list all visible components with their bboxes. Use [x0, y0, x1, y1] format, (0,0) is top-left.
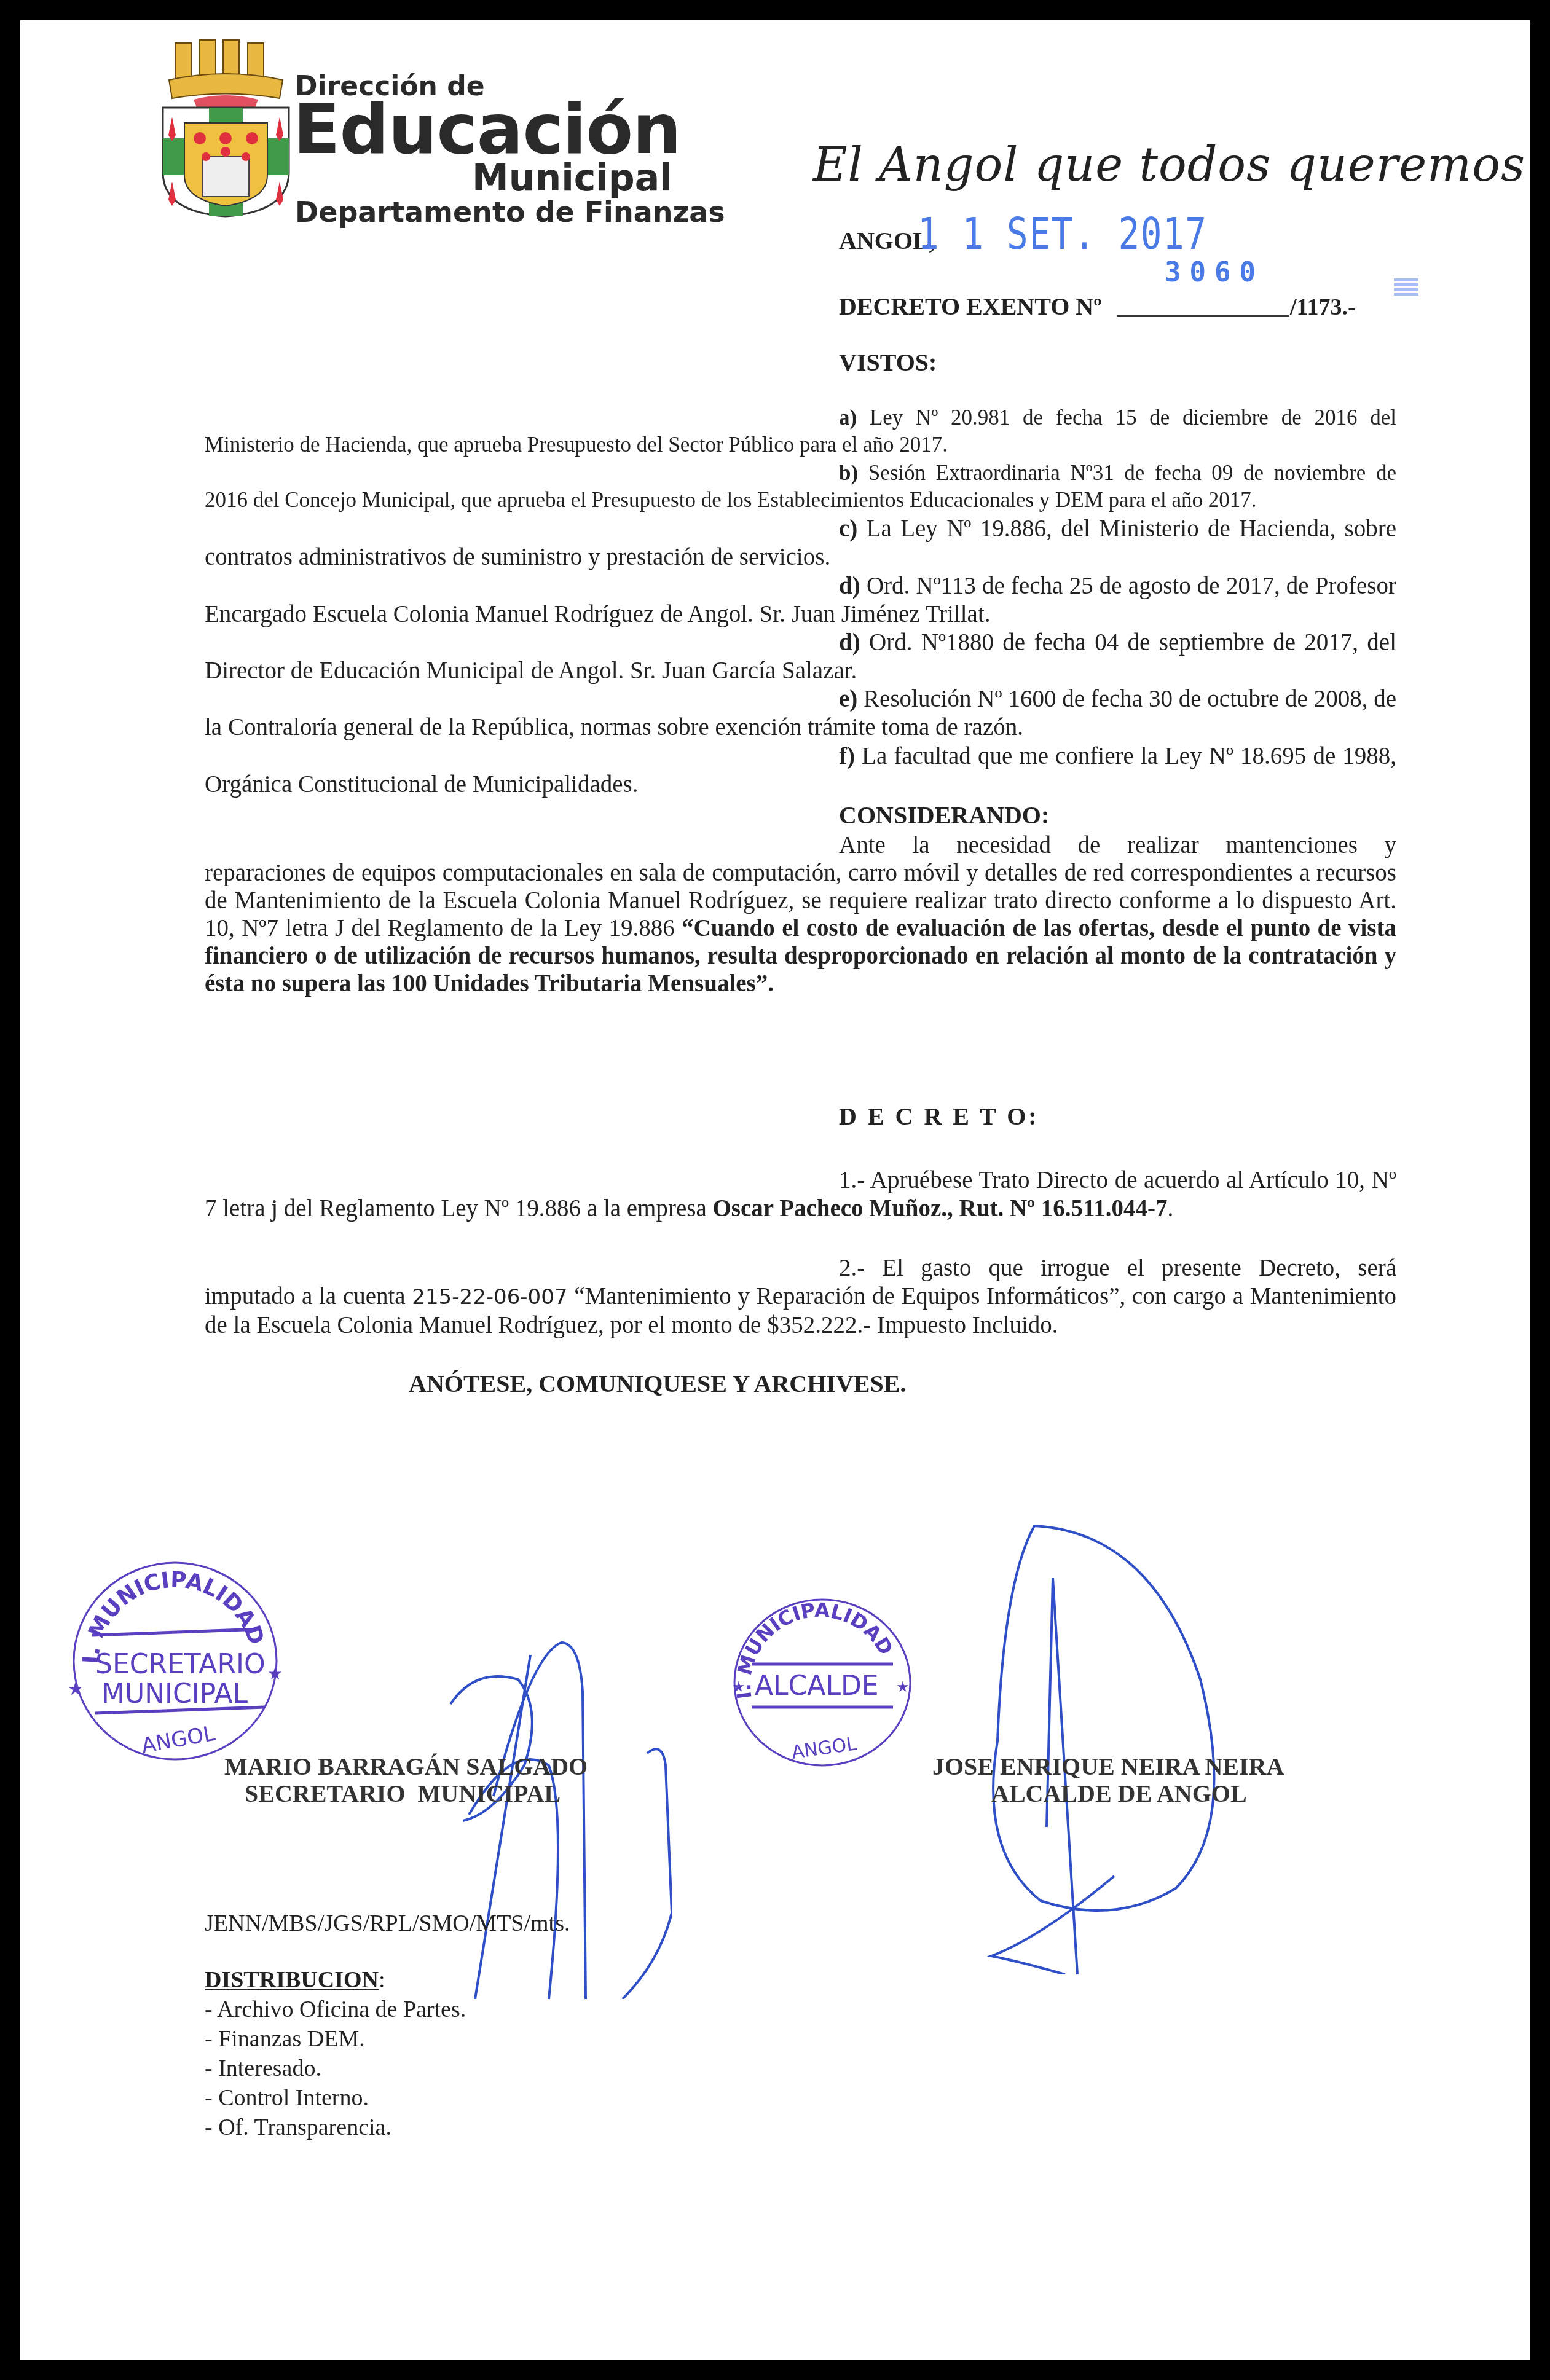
visto-letter: f)	[839, 743, 855, 769]
distribution-heading: DISTRIBUCION:	[205, 1965, 466, 1995]
visto-text: Ord. Nº1880 de fecha 04 de septiembre de…	[205, 629, 1396, 684]
visto-item-b: b) Sesión Extraordinaria Nº31 de fecha 0…	[205, 460, 1396, 514]
visto-letter: c)	[839, 516, 857, 542]
seal-secretario-municipal: I. MUNICIPALIDAD SECRETARIO MUNICIPAL ★ …	[65, 1557, 286, 1765]
visto-text: Resolución Nº 1600 de fecha 30 de octubr…	[205, 686, 1396, 740]
visto-text: Sesión Extraordinaria Nº31 de fecha 09 d…	[205, 461, 1396, 512]
distribution-heading-colon: :	[379, 1967, 385, 1993]
visto-item-c: c) La Ley Nº 19.886, del Ministerio de H…	[205, 515, 1396, 571]
signature-alcalde	[807, 1507, 1237, 1974]
signatory-1-name: MARIO BARRAGÁN SALGADO	[224, 1752, 588, 1781]
org-line-4: Departamento de Finanzas	[295, 195, 725, 229]
coat-of-arms-icon	[157, 31, 295, 218]
vistos-heading: VISTOS:	[839, 348, 937, 377]
visto-text: La facultad que me confiere la Ley Nº 18…	[205, 743, 1396, 798]
visto-item-f: f) La facultad que me confiere la Ley Nº…	[205, 742, 1396, 799]
decreto-item-1: 1.- Apruébese Trato Directo de acuerdo a…	[205, 1166, 1396, 1223]
date-stamp: 1 1 SET. 2017	[918, 208, 1208, 259]
visto-letter: d)	[839, 573, 860, 599]
visto-letter: d)	[839, 629, 860, 656]
decreto-item-1-end: .	[1168, 1195, 1174, 1222]
visto-text: Ord. Nº113 de fecha 25 de agosto de 2017…	[205, 573, 1396, 627]
star-icon: ★	[68, 1680, 83, 1699]
initials-reference: JENN/MBS/JGS/RPL/SMO/MTS/mts.	[205, 1910, 570, 1937]
decreto-item-2: 2.- El gasto que irrogue el presente Dec…	[205, 1254, 1396, 1340]
decree-suffix: /1173.-	[1290, 294, 1356, 321]
distribution-heading-text: DISTRIBUCION	[205, 1967, 379, 1993]
decree-number-blank-line	[1117, 315, 1289, 317]
signatory-2-title: ALCALDE DE ANGOL	[991, 1779, 1247, 1808]
slogan: El Angol que todos queremos	[813, 137, 1525, 192]
visto-letter: a)	[839, 406, 857, 430]
decree-number-stamp: 3060	[1165, 257, 1264, 288]
visto-letter: b)	[839, 461, 858, 485]
signatory-2-name: JOSE ENRIQUE NEIRA NEIRA	[932, 1752, 1284, 1781]
decree-label: DECRETO EXENTO Nº	[839, 292, 1101, 321]
distribution-item: - Finanzas DEM.	[205, 2024, 466, 2054]
distribution-item: - Interesado.	[205, 2054, 466, 2083]
visto-item-a: a) Ley Nº 20.981 de fecha 15 de diciembr…	[205, 404, 1396, 458]
decreto-heading: D E C R E T O:	[839, 1102, 1039, 1131]
visto-text: La Ley Nº 19.886, del Ministerio de Haci…	[205, 516, 1396, 570]
visto-letter: e)	[839, 686, 857, 712]
distribution-item: - Control Interno.	[205, 2083, 466, 2113]
visto-text: Ley Nº 20.981 de fecha 15 de diciembre d…	[205, 406, 1396, 457]
seal-center-text-1: SECRETARIO	[95, 1649, 266, 1680]
star-icon: ★	[267, 1665, 283, 1684]
visto-item-d2: d) Ord. Nº1880 de fecha 04 de septiembre…	[205, 629, 1396, 685]
seal-bottom-text: ANGOL	[140, 1721, 217, 1758]
document-page: Dirección de Educación Municipal Departa…	[20, 20, 1530, 2360]
closing-formula: ANÓTESE, COMUNIQUESE Y ARCHIVESE.	[409, 1369, 906, 1398]
considerando-heading: CONSIDERANDO:	[839, 801, 1049, 830]
visto-item-e: e) Resolución Nº 1600 de fecha 30 de oct…	[205, 685, 1396, 742]
considerando-text: Ante la necesidad de realizar mantencion…	[205, 831, 1396, 997]
seal-center-text-2: MUNICIPAL	[101, 1678, 248, 1710]
distribution-item: - Archivo Oficina de Partes.	[205, 1995, 466, 2024]
contractor-name: Oscar Pacheco Muñoz., Rut. Nº 16.511.044…	[712, 1195, 1167, 1222]
signatory-1-title: SECRETARIO MUNICIPAL	[245, 1779, 561, 1808]
distribution-block: DISTRIBUCION: - Archivo Oficina de Parte…	[205, 1965, 466, 2142]
account-code: 215-22-06-007	[412, 1285, 567, 1310]
distribution-item: - Of. Transparencia.	[205, 2113, 466, 2142]
star-icon: ★	[732, 1679, 745, 1695]
stamp-smudge-icon	[1394, 278, 1418, 296]
org-line-2: Educación	[293, 93, 681, 167]
signature-secretario	[328, 1630, 672, 1999]
org-line-3: Municipal	[472, 157, 672, 200]
visto-item-d1: d) Ord. Nº113 de fecha 25 de agosto de 2…	[205, 572, 1396, 629]
